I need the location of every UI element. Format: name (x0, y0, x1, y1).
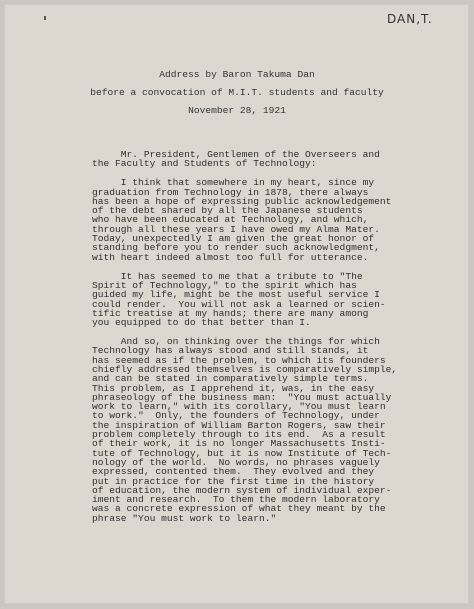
paragraph-salutation: Mr. President, Gentlemen of the Overseer… (92, 150, 397, 169)
handwritten-label: DAN,T. (387, 12, 433, 26)
document-body: Mr. President, Gentlemen of the Overseer… (92, 150, 397, 533)
stray-mark (44, 16, 46, 20)
document-subtitle: before a convocation of M.I.T. students … (0, 87, 474, 98)
paragraph: And so, on thinking over the things for … (92, 337, 397, 523)
document-title: Address by Baron Takuma Dan (0, 69, 474, 80)
document-date: November 28, 1921 (0, 105, 474, 116)
paragraph: It has seemed to me that a tribute to "T… (92, 272, 397, 328)
paragraph: I think that somewhere in my heart, sinc… (92, 178, 397, 262)
